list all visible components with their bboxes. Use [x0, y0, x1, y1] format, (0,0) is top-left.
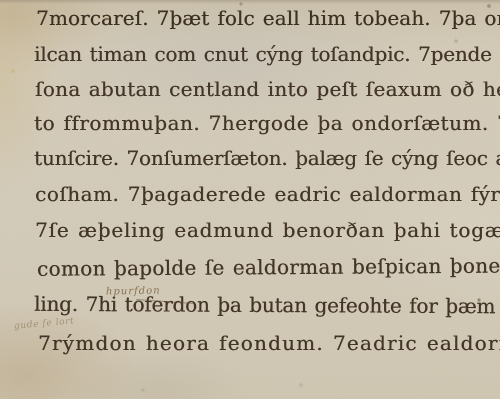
manuscript-line: tunſcire. 7onſumerſæton. þalæg ſe cýng ſ… [34, 148, 500, 168]
parchment-specks [0, 0, 2, 2]
manuscript-line: 7morcareſ. 7þæt folc eall him tobeah. 7þ… [36, 8, 500, 28]
manuscript-line: comon þapolde ſe ealdorman beſpican þone… [37, 255, 500, 279]
manuscript-line: to ffrommuþan. 7hergode þa ondorſætum. 7… [34, 113, 500, 133]
manuscript-line: coſham. 7þagaderede eadric ealdorman fýr… [35, 184, 500, 204]
manuscript-line: ſona abutan centland into peſt ſeaxum oð… [35, 79, 500, 99]
manuscript-line: ilcan timan com cnut cýng toſandpic. 7pe… [34, 44, 500, 64]
manuscript-text-block: 7morcareſ. 7þæt folc eall him tobeah. 7þ… [0, 0, 500, 399]
interlinear-gloss: hpurfdon [106, 286, 161, 298]
manuscript-page: 7morcareſ. 7þæt folc eall him tobeah. 7þ… [0, 0, 500, 399]
manuscript-line: 7rýmdon heora feondum. 7eadric ealdorman [38, 333, 500, 353]
manuscript-line: ling. 7hi toferdon þa butan gefeohte for… [34, 294, 495, 316]
manuscript-line: 7ſe æþeling eadmund benorðan þahi togæde… [35, 220, 500, 240]
